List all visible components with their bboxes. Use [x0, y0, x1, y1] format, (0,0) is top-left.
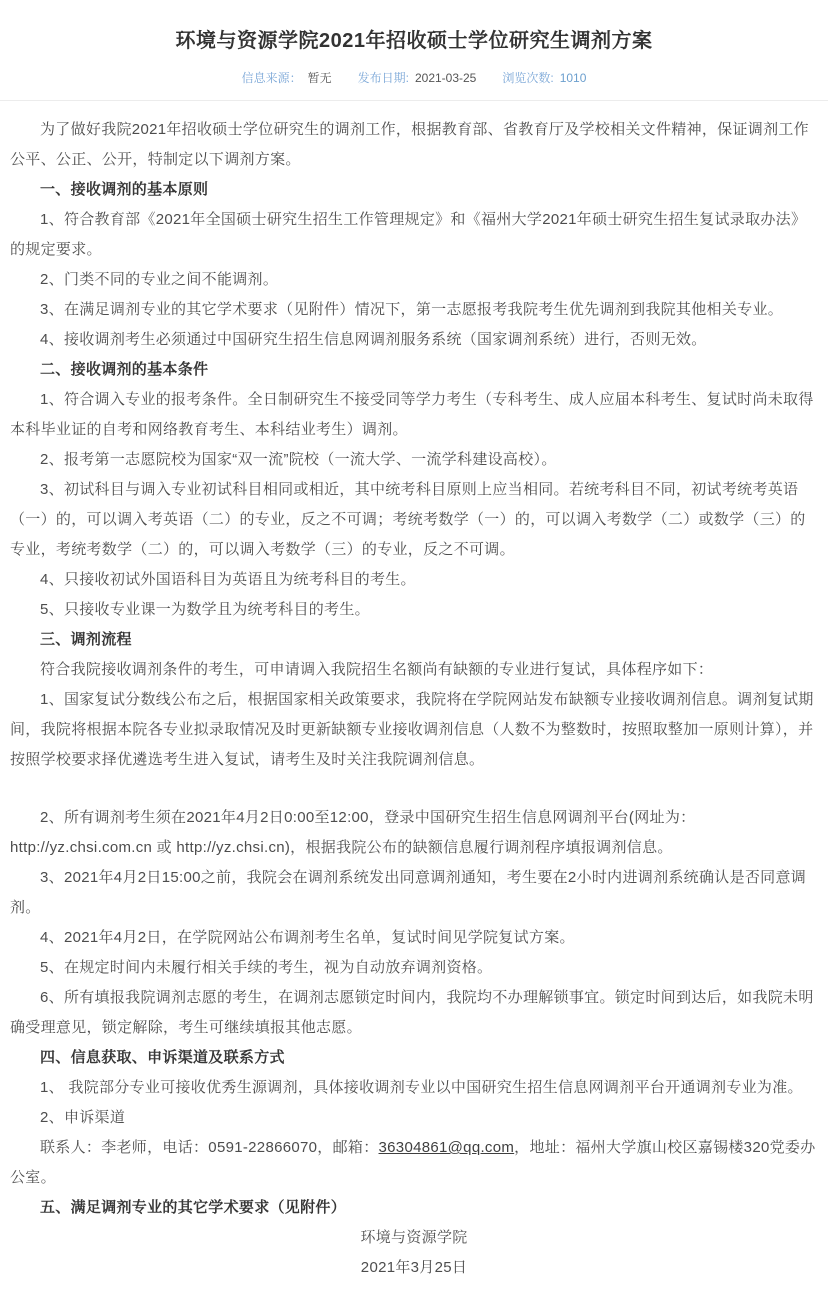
contact-text-before: 联系人：李老师，电话：0591-22866070，邮箱：	[40, 1139, 379, 1156]
meta-date-value: 2021-03-25	[415, 71, 476, 85]
document-page: 环境与资源学院2021年招收硕士学位研究生调剂方案 信息来源： 暂无 发布日期:…	[0, 0, 828, 1303]
paragraph: 3、2021年4月2日15:00之前，我院会在调剂系统发出同意调剂通知，考生要在…	[10, 863, 818, 923]
meta-source-value: 暂无	[308, 69, 332, 86]
paragraph: 1、符合教育部《2021年全国硕士研究生招生工作管理规定》和《福州大学2021年…	[10, 205, 818, 265]
paragraph: 符合我院接收调剂条件的考生，可申请调入我院招生名额尚有缺额的专业进行复试，具体程…	[10, 655, 818, 685]
paragraph: 2、门类不同的专业之间不能调剂。	[10, 265, 818, 295]
contact-paragraph: 联系人：李老师，电话：0591-22866070，邮箱：36304861@qq.…	[10, 1133, 818, 1193]
paragraph: 4、2021年4月2日，在学院网站公布调剂考生名单，复试时间见学院复试方案。	[10, 923, 818, 953]
meta-source-label: 信息来源：	[242, 69, 302, 86]
contact-email-link[interactable]: 36304861@qq.com	[379, 1139, 515, 1156]
paragraph: 6、所有填报我院调剂志愿的考生，在调剂志愿锁定时间内，我院均不办理解锁事宜。锁定…	[10, 983, 818, 1043]
meta-views-value: 1010	[560, 71, 587, 85]
paragraph: 1、 我院部分专业可接收优秀生源调剂，具体接收调剂专业以中国研究生招生信息网调剂…	[10, 1073, 818, 1103]
signature-date: 2021年3月25日	[10, 1253, 818, 1283]
paragraph: 5、只接收专业课一为数学且为统考科目的考生。	[10, 595, 818, 625]
page-title: 环境与资源学院2021年招收硕士学位研究生调剂方案	[0, 0, 828, 53]
paragraph: 5、在规定时间内未履行相关手续的考生，视为自动放弃调剂资格。	[10, 953, 818, 983]
paragraph: 3、在满足调剂专业的其它学术要求（见附件）情况下，第一志愿报考我院考生优先调剂到…	[10, 295, 818, 325]
section-1-heading: 一、接收调剂的基本原则	[10, 175, 818, 205]
section-5-heading: 五、满足调剂专业的其它学术要求（见附件）	[10, 1193, 818, 1223]
paragraph: 4、接收调剂考生必须通过中国研究生招生信息网调剂服务系统（国家调剂系统）进行，否…	[10, 325, 818, 355]
paragraph: 1、符合调入专业的报考条件。全日制研究生不接受同等学力考生（专科考生、成人应届本…	[10, 385, 818, 445]
paragraph: 2、所有调剂考生须在2021年4月2日0:00至12:00，登录中国研究生招生信…	[10, 803, 818, 863]
paragraph: 2、报考第一志愿院校为国家“双一流”院校（一流大学、一流学科建设高校）。	[10, 445, 818, 475]
meta-date: 发布日期: 2021-03-25	[358, 69, 477, 86]
paragraph: 3、初试科目与调入专业初试科目相同或相近，其中统考科目原则上应当相同。若统考科目…	[10, 475, 818, 565]
section-2-heading: 二、接收调剂的基本条件	[10, 355, 818, 385]
meta-views-label: 浏览次数:	[502, 69, 553, 86]
signature-line: 环境与资源学院	[10, 1223, 818, 1253]
meta-row: 信息来源： 暂无 发布日期: 2021-03-25 浏览次数: 1010	[0, 69, 828, 86]
paragraph: 4、只接收初试外国语科目为英语且为统考科目的考生。	[10, 565, 818, 595]
section-3-heading: 三、调剂流程	[10, 625, 818, 655]
meta-date-label: 发布日期:	[358, 69, 409, 86]
section-4-heading: 四、信息获取、申诉渠道及联系方式	[10, 1043, 818, 1073]
intro-paragraph: 为了做好我院2021年招收硕士学位研究生的调剂工作，根据教育部、省教育厅及学校相…	[10, 115, 818, 175]
meta-source: 信息来源： 暂无	[242, 69, 332, 86]
meta-views: 浏览次数: 1010	[502, 69, 586, 86]
paragraph: 1、国家复试分数线公布之后，根据国家相关政策要求，我院将在学院网站发布缺额专业接…	[10, 685, 818, 775]
paragraph: 2、申诉渠道	[10, 1103, 818, 1133]
document-body: 为了做好我院2021年招收硕士学位研究生的调剂工作，根据教育部、省教育厅及学校相…	[0, 101, 828, 1303]
